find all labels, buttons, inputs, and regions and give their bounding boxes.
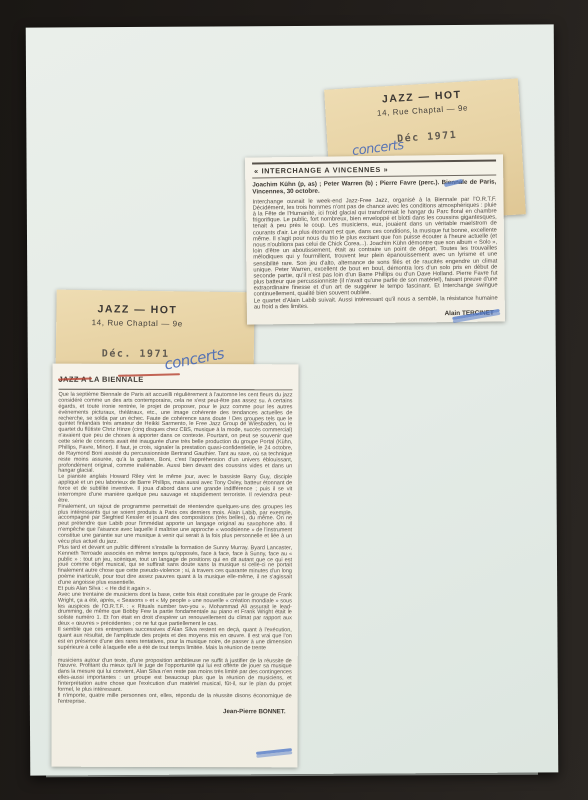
- article-paragraph: Finalement, un rajout de programme perme…: [58, 504, 292, 546]
- article-title-bar: JAZZ A LA BIENNALE: [58, 369, 292, 391]
- review-paragraph: Interchange ouvrait le week-end Jazz-Fre…: [252, 196, 497, 298]
- biennale-article-clipping: JAZZ A LA BIENNALE Que la septième Bienn…: [51, 364, 298, 768]
- article-paragraph: Plus tard et devant un public différent …: [58, 545, 292, 587]
- scanned-scrapbook-page: JAZZ — HOT 14, Rue Chaptal — 9e Déc 1971…: [0, 0, 588, 800]
- magazine-title: JAZZ — HOT: [38, 302, 236, 317]
- article-signature: Jean-Pierre BONNET.: [58, 707, 292, 715]
- review-body: Interchange ouvrait le week-end Jazz-Fre…: [252, 196, 497, 310]
- magazine-address: 14, Rue Chaptal — 9e: [38, 317, 236, 329]
- review-paragraph: Le quartet d'Alain Labib suivait. Aussi …: [254, 295, 498, 310]
- article-body: Que la septième Biennale de Paris ait ac…: [58, 393, 293, 706]
- article-paragraph: Il semble que ces entreprises successive…: [58, 628, 292, 652]
- date-stamp: Déc. 1971: [102, 349, 170, 360]
- date-stamp: Déc 1971: [397, 130, 458, 145]
- article-paragraph: Le pianiste anglais Howard Riley vint le…: [58, 475, 292, 505]
- article-paragraph: Il n'importe, quatre mille personnes ont…: [58, 693, 292, 705]
- article-paragraph: musiciens autour d'un texte, d'une propo…: [58, 658, 292, 694]
- interchange-review-clipping: « INTERCHANGE A VINCENNES » Joachim Kühn…: [245, 154, 505, 324]
- article-paragraph: Avec une trentaine de musiciens dont la …: [58, 592, 292, 628]
- article-paragraph: Que la septième Biennale de Paris ait ac…: [58, 393, 292, 476]
